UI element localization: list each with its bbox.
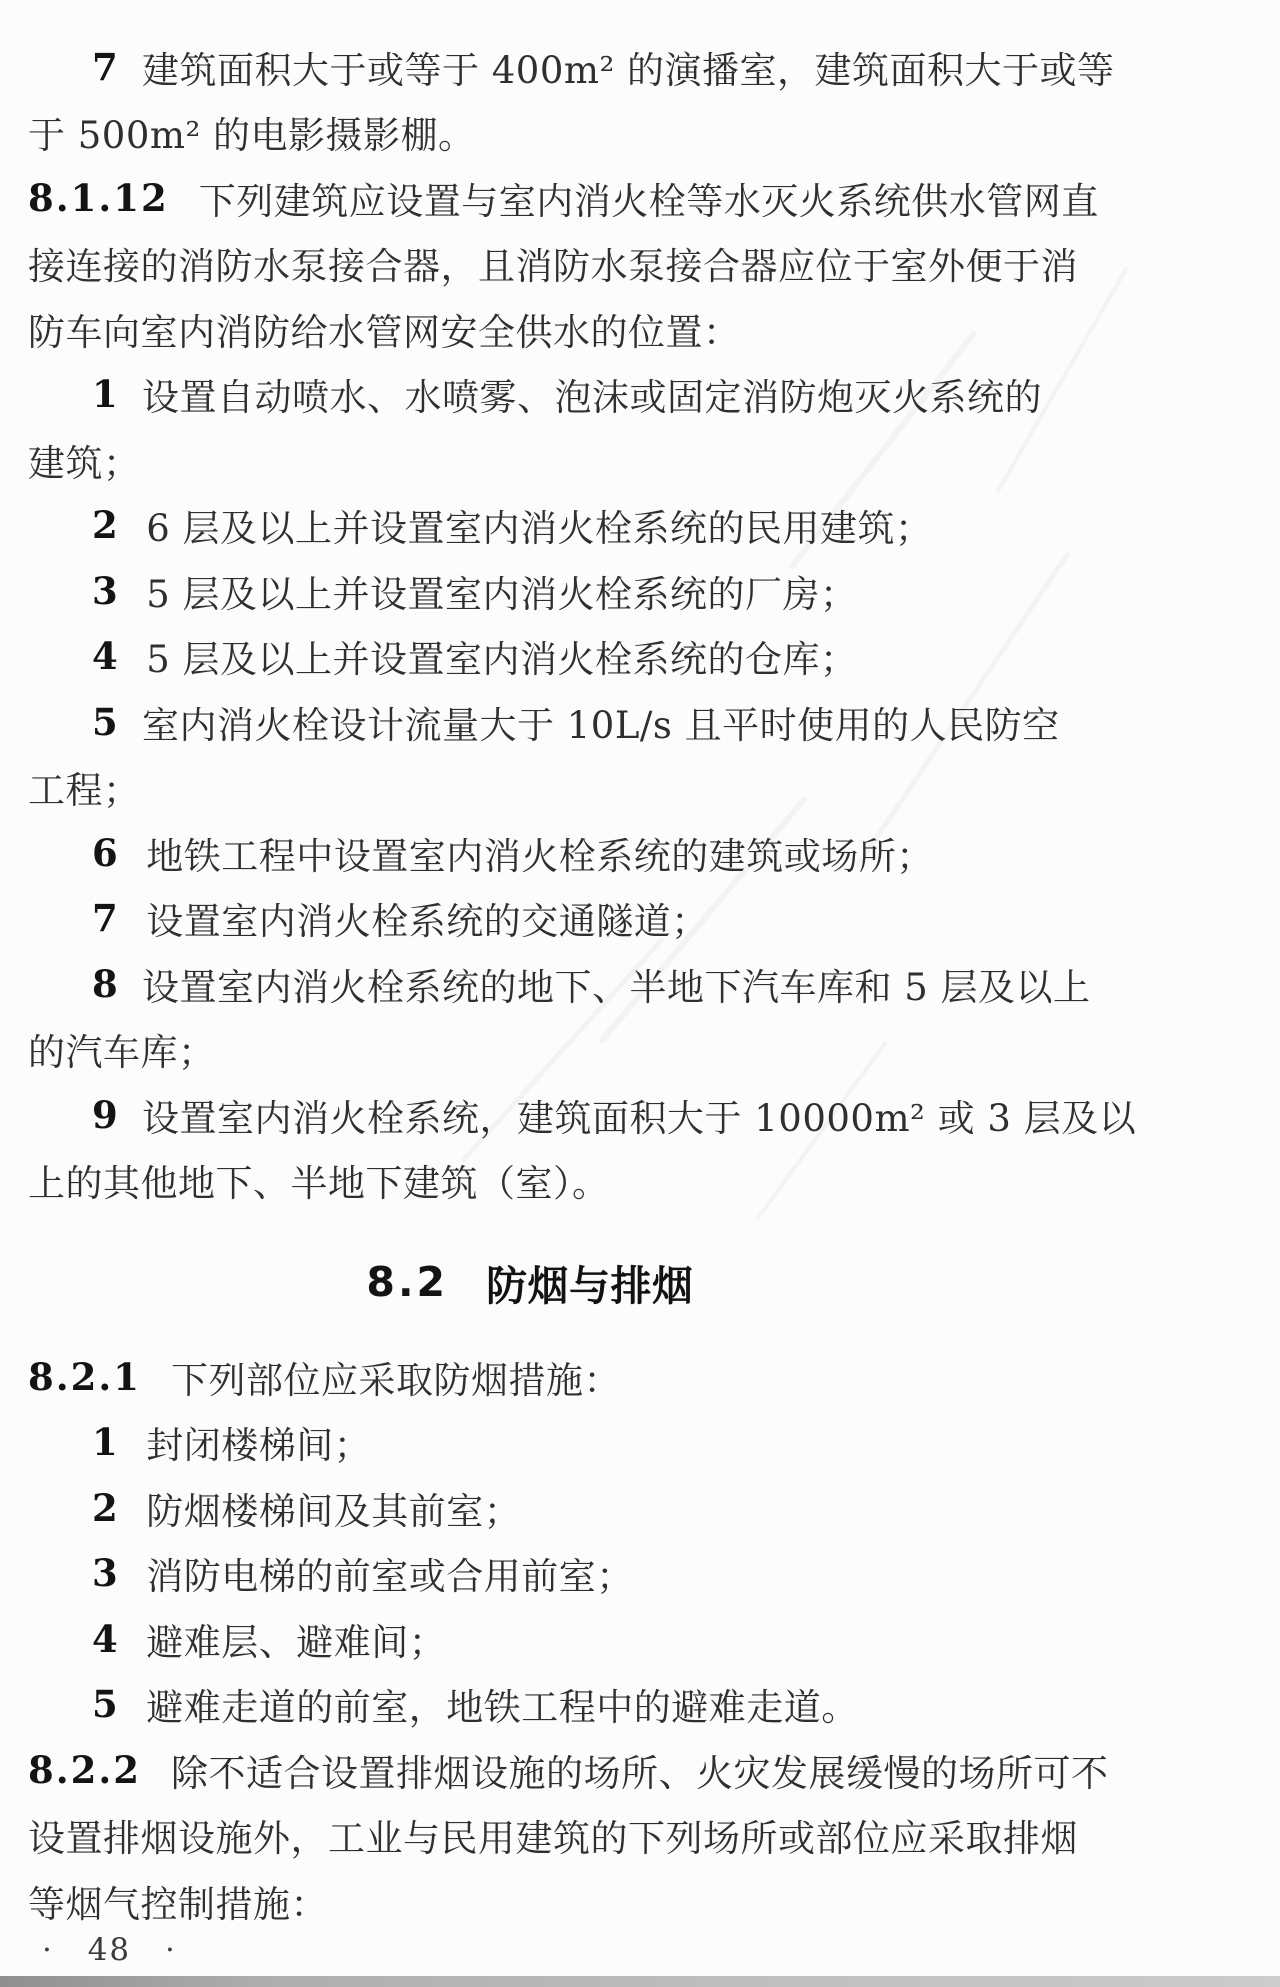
heading-title: 防烟与排烟 (486, 1253, 694, 1312)
text-line: 2防烟楼梯间及其前室； (28, 1475, 1032, 1541)
item-number: 3 (92, 569, 118, 613)
text-line: 8.2.1下列部位应采取防烟措施： (28, 1344, 1032, 1410)
clause-number: 8.2.1 (28, 1355, 141, 1399)
line-text: 下列建筑应设置与室内消火栓等水灭火系统供水管网直 (199, 171, 1099, 225)
line-text: 设置室内消火栓系统，建筑面积大于 10000m² 或 3 层及以 (142, 1088, 1136, 1142)
scan-edge-band (0, 1976, 1280, 1987)
line-text: 消防电梯的前室或合用前室； (146, 1546, 634, 1600)
item-number: 5 (92, 700, 114, 744)
line-text: 防车向室内消防给水管网安全供水的位置： (28, 302, 741, 356)
item-number: 1 (92, 1420, 118, 1464)
text-line: 3消防电梯的前室或合用前室； (28, 1541, 1032, 1607)
document-page: 7建筑面积大于或等于 400m² 的演播室，建筑面积大于或等于 500m² 的电… (0, 0, 1280, 1987)
text-line: 9设置室内消火栓系统，建筑面积大于 10000m² 或 3 层及以 (28, 1082, 1032, 1148)
item-number: 2 (92, 503, 118, 547)
line-text: 防烟楼梯间及其前室； (146, 1481, 521, 1535)
line-text: 5 层及以上并设置室内消火栓系统的厂房； (146, 564, 857, 618)
line-text: 等烟气控制措施： (28, 1874, 328, 1928)
text-line: 8设置室内消火栓系统的地下、半地下汽车库和 5 层及以上 (28, 951, 1032, 1017)
text-column: 7建筑面积大于或等于 400m² 的演播室，建筑面积大于或等于 500m² 的电… (28, 34, 1032, 1934)
line-text: 室内消火栓设计流量大于 10L/s 且平时使用的人民防空 (142, 695, 1060, 749)
text-line: 8.2.2除不适合设置排烟设施的场所、火灾发展缓慢的场所可不 (28, 1737, 1032, 1803)
heading-number: 8.2 (366, 1258, 448, 1306)
text-line: 建筑； (28, 427, 1032, 493)
text-line: 6地铁工程中设置室内消火栓系统的建筑或场所； (28, 820, 1032, 886)
line-text: 设置室内消火栓系统的地下、半地下汽车库和 5 层及以上 (142, 957, 1091, 1011)
line-text: 接连接的消防水泵接合器，且消防水泵接合器应位于室外便于消 (28, 236, 1078, 290)
item-number: 1 (92, 372, 114, 416)
line-text: 下列部位应采取防烟措施： (171, 1350, 621, 1404)
text-line: 4避难层、避难间； (28, 1606, 1032, 1672)
line-text: 的汽车库； (28, 1022, 216, 1076)
text-line: 接连接的消防水泵接合器，且消防水泵接合器应位于室外便于消 (28, 231, 1032, 297)
item-number: 5 (92, 1682, 118, 1726)
text-line: 防车向室内消防给水管网安全供水的位置： (28, 296, 1032, 362)
line-text: 上的其他地下、半地下建筑（室）。 (28, 1153, 610, 1207)
clause-number: 8.2.2 (28, 1748, 141, 1792)
item-number: 7 (92, 45, 114, 89)
item-number: 2 (92, 1486, 118, 1530)
line-text: 地铁工程中设置室内消火栓系统的建筑或场所； (146, 826, 934, 880)
section-heading: 8.2防烟与排烟 (28, 1243, 1032, 1321)
item-number: 8 (92, 962, 114, 1006)
text-line: 工程； (28, 755, 1032, 821)
text-line: 7建筑面积大于或等于 400m² 的演播室，建筑面积大于或等 (28, 34, 1032, 100)
text-line: 于 500m² 的电影摄影棚。 (28, 100, 1032, 166)
item-number: 3 (92, 1551, 118, 1595)
line-text: 除不适合设置排烟设施的场所、火灾发展缓慢的场所可不 (171, 1743, 1109, 1797)
line-text: 建筑面积大于或等于 400m² 的演播室，建筑面积大于或等 (142, 40, 1115, 94)
line-text: 避难走道的前室，地铁工程中的避难走道。 (146, 1677, 859, 1731)
line-text: 5 层及以上并设置室内消火栓系统的仓库； (146, 629, 857, 683)
page-number: · 48 · (42, 1932, 177, 1968)
item-number: 6 (92, 831, 118, 875)
item-number: 4 (92, 634, 118, 678)
line-text: 建筑； (28, 433, 141, 487)
text-line: 设置排烟设施外，工业与民用建筑的下列场所或部位应采取排烟 (28, 1803, 1032, 1869)
text-line: 等烟气控制措施： (28, 1868, 1032, 1934)
line-text: 封闭楼梯间； (146, 1415, 371, 1469)
clause-number: 8.1.12 (28, 176, 169, 220)
text-line: 26 层及以上并设置室内消火栓系统的民用建筑； (28, 493, 1032, 559)
item-number: 9 (92, 1093, 114, 1137)
line-text: 设置自动喷水、水喷雾、泡沫或固定消防炮灭火系统的 (142, 367, 1042, 421)
text-line: 5室内消火栓设计流量大于 10L/s 且平时使用的人民防空 (28, 689, 1032, 755)
line-text: 6 层及以上并设置室内消火栓系统的民用建筑； (146, 498, 932, 552)
item-number: 7 (92, 896, 118, 940)
text-line: 7设置室内消火栓系统的交通隧道； (28, 886, 1032, 952)
line-text: 工程； (28, 760, 141, 814)
line-text: 设置室内消火栓系统的交通隧道； (146, 891, 709, 945)
text-line: 1封闭楼梯间； (28, 1410, 1032, 1476)
text-line: 35 层及以上并设置室内消火栓系统的厂房； (28, 558, 1032, 624)
text-line: 上的其他地下、半地下建筑（室）。 (28, 1148, 1032, 1214)
text-line: 1设置自动喷水、水喷雾、泡沫或固定消防炮灭火系统的 (28, 362, 1032, 428)
line-text: 设置排烟设施外，工业与民用建筑的下列场所或部位应采取排烟 (28, 1808, 1078, 1862)
line-text: 避难层、避难间； (146, 1612, 446, 1666)
text-line: 8.1.12下列建筑应设置与室内消火栓等水灭火系统供水管网直 (28, 165, 1032, 231)
line-text: 于 500m² 的电影摄影棚。 (28, 105, 476, 159)
text-line: 5避难走道的前室，地铁工程中的避难走道。 (28, 1672, 1032, 1738)
item-number: 4 (92, 1617, 118, 1661)
text-line: 的汽车库； (28, 1017, 1032, 1083)
text-line: 45 层及以上并设置室内消火栓系统的仓库； (28, 624, 1032, 690)
